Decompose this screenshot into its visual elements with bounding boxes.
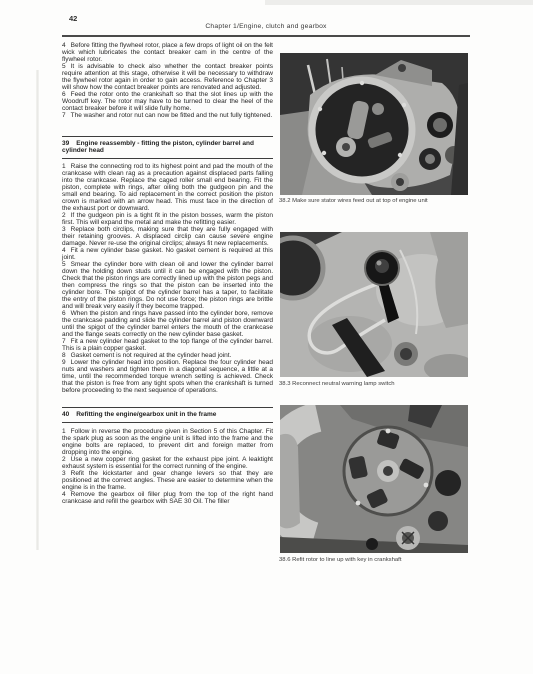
step-paragraph: 8Gasket cement is not required at the cy… [62,352,273,359]
step-number: 5 [62,63,71,70]
section-number: 40 [62,411,76,418]
step-number: 7 [62,112,71,119]
neutral-switch-photo [280,232,468,377]
step-number: 4 [62,42,71,49]
scan-gutter-shadow [36,70,39,550]
section-title: Engine reassembly - fitting the piston, … [62,140,254,154]
step-number: 3 [62,470,71,477]
step-paragraph: 6When the piston and rings have passed i… [62,310,273,338]
engine-crankcase-photo [280,53,468,195]
figure-caption-38-6: 38.6 Refit rotor to line up with key in … [279,557,479,563]
step-paragraph: 3Replace both circlips, making sure that… [62,226,273,247]
photo-figure-38-6 [280,405,468,553]
step-text: Use a new copper ring gasket for the exh… [62,456,273,470]
step-text: Feed the rotor onto the crankshaft so th… [62,91,273,112]
step-text: If the gudgeon pin is a tight fit in the… [62,212,273,226]
figure-caption-38-3: 38.3 Reconnect neutral warning lamp swit… [279,381,479,387]
step-text: The washer and rotor nut can now be fitt… [71,112,273,119]
header-rule [62,35,470,37]
step-paragraph: 1Follow in reverse the procedure given i… [62,428,273,456]
section-number: 39 [62,140,76,147]
step-number: 6 [62,310,71,317]
step-paragraph: 3Refit the kickstarter and gear change l… [62,470,273,491]
step-text: Remove the gearbox oil filler plug from … [62,491,273,505]
step-number: 4 [62,247,71,254]
left-text-column: 4Before fitting the flywheel rotor, plac… [62,42,273,505]
page-number: 42 [69,14,77,23]
step-paragraph: 7The washer and rotor nut can now be fit… [62,112,273,119]
chapter-header-title: Chapter 1/Engine, clutch and gearbox [62,23,470,30]
step-number: 2 [62,212,71,219]
section-39-heading: 39Engine reassembly - fitting the piston… [62,136,273,159]
step-paragraph: 4Remove the gearbox oil filler plug from… [62,491,273,505]
step-number: 6 [62,91,71,98]
photo-figure-38-2 [280,53,468,195]
step-paragraph: 5It is advisable to check also whether t… [62,63,273,91]
photo-figure-38-3 [280,232,468,377]
step-number: 2 [62,456,71,463]
step-text: Lower the cylinder head into position. R… [62,359,273,394]
step-paragraph: 4Before fitting the flywheel rotor, plac… [62,42,273,63]
step-paragraph: 1Raise the connecting rod to its highest… [62,163,273,212]
step-number: 4 [62,491,71,498]
scan-artifact-top [265,0,533,5]
step-text: Replace both circlips, making sure that … [62,226,273,247]
step-paragraph: 6Feed the rotor onto the crankshaft so t… [62,91,273,112]
step-number: 7 [62,338,71,345]
step-number: 1 [62,163,71,170]
step-number: 9 [62,359,71,366]
step-text: Before fitting the flywheel rotor, place… [62,42,273,63]
step-number: 8 [62,352,71,359]
rotor-crankshaft-photo [280,405,468,553]
step-text: Follow in reverse the procedure given in… [62,428,273,456]
step-text: Raise the connecting rod to its highest … [62,163,273,212]
step-paragraph: 4Fit a new cylinder base gasket. No gask… [62,247,273,261]
step-text: It is advisable to check also whether th… [62,63,273,91]
section-title: Refitting the engine/gearbox unit in the… [76,411,216,418]
step-number: 5 [62,261,71,268]
figure-caption-38-2: 38.2 Make sure stator wires feed out at … [279,198,479,204]
step-paragraph: 9Lower the cylinder head into position. … [62,359,273,394]
step-text: Refit the kickstarter and gear change le… [62,470,273,491]
step-number: 3 [62,226,71,233]
step-paragraph: 2Use a new copper ring gasket for the ex… [62,456,273,470]
step-text: Fit a new cylinder base gasket. No gaske… [62,247,273,261]
step-text: When the piston and rings have passed in… [62,310,273,338]
step-text: Fit a new cylinder head gasket to the to… [62,338,273,352]
step-number: 1 [62,428,71,435]
step-text: Smear the cylinder bore with clean oil a… [62,261,273,310]
section-40-heading: 40Refitting the engine/gearbox unit in t… [62,407,273,423]
step-paragraph: 7Fit a new cylinder head gasket to the t… [62,338,273,352]
step-paragraph: 2If the gudgeon pin is a tight fit in th… [62,212,273,226]
step-text: Gasket cement is not required at the cyl… [71,352,232,359]
step-paragraph: 5Smear the cylinder bore with clean oil … [62,261,273,310]
